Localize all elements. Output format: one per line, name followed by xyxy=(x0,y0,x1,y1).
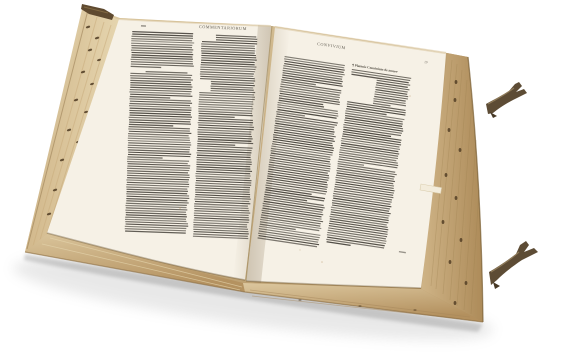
left-folio-mark xyxy=(141,25,146,27)
clasp-top xyxy=(486,82,527,118)
clasp-bottom xyxy=(489,241,538,289)
photo-stage: COMMENTARIORUM CONVIVIUM ¶ Platonis Conu… xyxy=(0,0,570,363)
book-photo: COMMENTARIORUM CONVIVIUM ¶ Platonis Conu… xyxy=(0,0,570,363)
